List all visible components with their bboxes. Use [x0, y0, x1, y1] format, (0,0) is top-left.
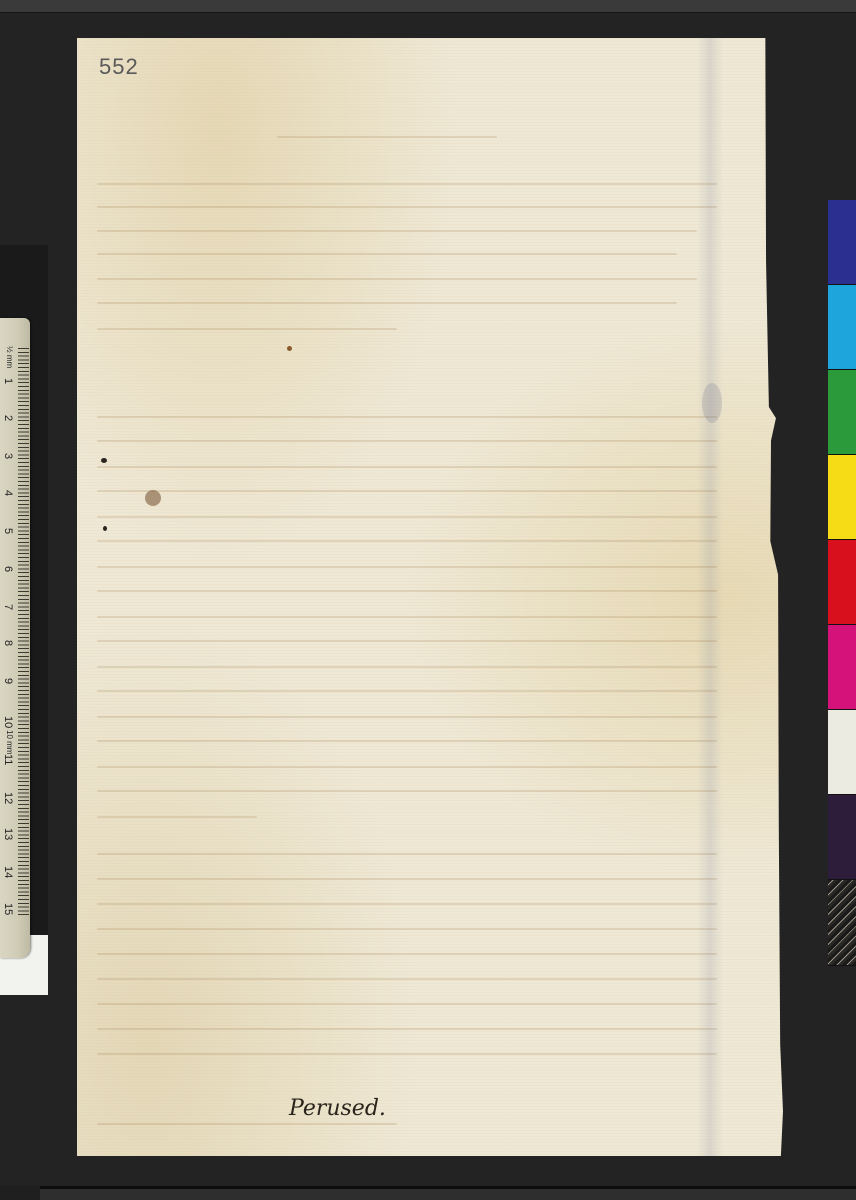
bleed-through-line — [97, 690, 717, 692]
bleed-through-line — [97, 253, 677, 255]
bleed-through-line — [97, 928, 717, 930]
bleed-through-line — [97, 666, 717, 668]
color-patch-blue — [828, 200, 856, 285]
docket-annotation: Perused. — [289, 1096, 386, 1121]
bleed-through-line — [97, 716, 717, 718]
ruler-mark-7: 7 — [2, 604, 14, 610]
bleed-through-line — [97, 953, 717, 955]
bleed-through-line — [97, 516, 717, 518]
bleed-through-line — [97, 590, 717, 592]
ruler-mark-14: 14 — [2, 866, 14, 878]
color-patch-dark-purple — [828, 795, 856, 880]
bleed-through-line — [97, 766, 717, 768]
ruler-mark-3: 3 — [2, 453, 14, 459]
bleed-through-line — [97, 183, 717, 185]
ink-smudge — [702, 383, 722, 423]
color-patch-green — [828, 370, 856, 455]
ink-spot — [103, 526, 107, 531]
bleed-through-line — [97, 540, 717, 542]
bleed-through-line — [97, 302, 677, 304]
bottom-mount-edge — [40, 1186, 856, 1200]
bleed-through-line — [97, 566, 717, 568]
bleed-through-line — [97, 466, 717, 468]
top-mount-edge — [0, 0, 856, 13]
color-patch-yellow — [828, 455, 856, 540]
folio-number: 552 — [99, 54, 139, 80]
ruler-mark-2: 2 — [2, 415, 14, 421]
bleed-through-line — [97, 903, 717, 905]
ruler-mark-15: 15 — [2, 903, 14, 915]
bleed-through-line — [97, 416, 717, 418]
ruler-mark-12: 12 — [2, 792, 14, 804]
bleed-through-line — [97, 230, 697, 232]
bleed-through-line — [97, 278, 697, 280]
ruler-unit-label: ½ mm — [5, 346, 14, 368]
ruler-mark-5: 5 — [2, 528, 14, 534]
bleed-through-line — [97, 816, 257, 818]
color-patch-magenta — [828, 625, 856, 710]
ink-spot — [101, 458, 107, 463]
color-patch-cyan — [828, 285, 856, 370]
bleed-through-line — [97, 978, 717, 980]
ruler-mark-13: 13 — [2, 828, 14, 840]
bleed-through-line — [97, 740, 717, 742]
ruler-mark-1: 1 — [2, 378, 14, 384]
color-patch-red — [828, 540, 856, 625]
ruler-mark-8: 8 — [2, 640, 14, 646]
bleed-through-line — [97, 790, 717, 792]
color-patch-white — [828, 710, 856, 795]
manuscript-page: 552 Perused. — [77, 38, 783, 1156]
bleed-through-line — [97, 1053, 717, 1055]
measurement-ruler: ½ mm 1 2 3 4 5 6 7 8 9 10 10 mm 11 12 13… — [0, 318, 30, 958]
bleed-through-line — [97, 440, 717, 442]
bleed-through-line — [97, 1003, 717, 1005]
ink-spot — [287, 346, 292, 351]
bleed-through-line — [97, 206, 717, 208]
bleed-through-line — [97, 328, 397, 330]
ruler-mark-11: 11 — [2, 754, 14, 765]
bleed-through-line — [97, 878, 717, 880]
bleed-through-line — [97, 1123, 397, 1125]
bleed-through-line — [97, 616, 717, 618]
bleed-through-line — [277, 136, 497, 138]
ruler-tick-marks — [18, 348, 29, 918]
ruler-mark-4: 4 — [2, 490, 14, 496]
bleed-through-line — [97, 853, 717, 855]
ruler-mark-9: 9 — [2, 678, 14, 684]
bleed-through-line — [97, 1028, 717, 1030]
ruler-mark-10: 10 — [2, 716, 14, 728]
ruler-mark-6: 6 — [2, 566, 14, 572]
bleed-through-line — [97, 640, 717, 642]
color-patch-black-pattern — [828, 880, 856, 966]
ink-blot — [145, 490, 161, 506]
ruler-unit-label-mm: 10 mm — [5, 730, 14, 754]
bleed-through-line — [97, 490, 717, 492]
color-target-chart — [828, 200, 856, 965]
